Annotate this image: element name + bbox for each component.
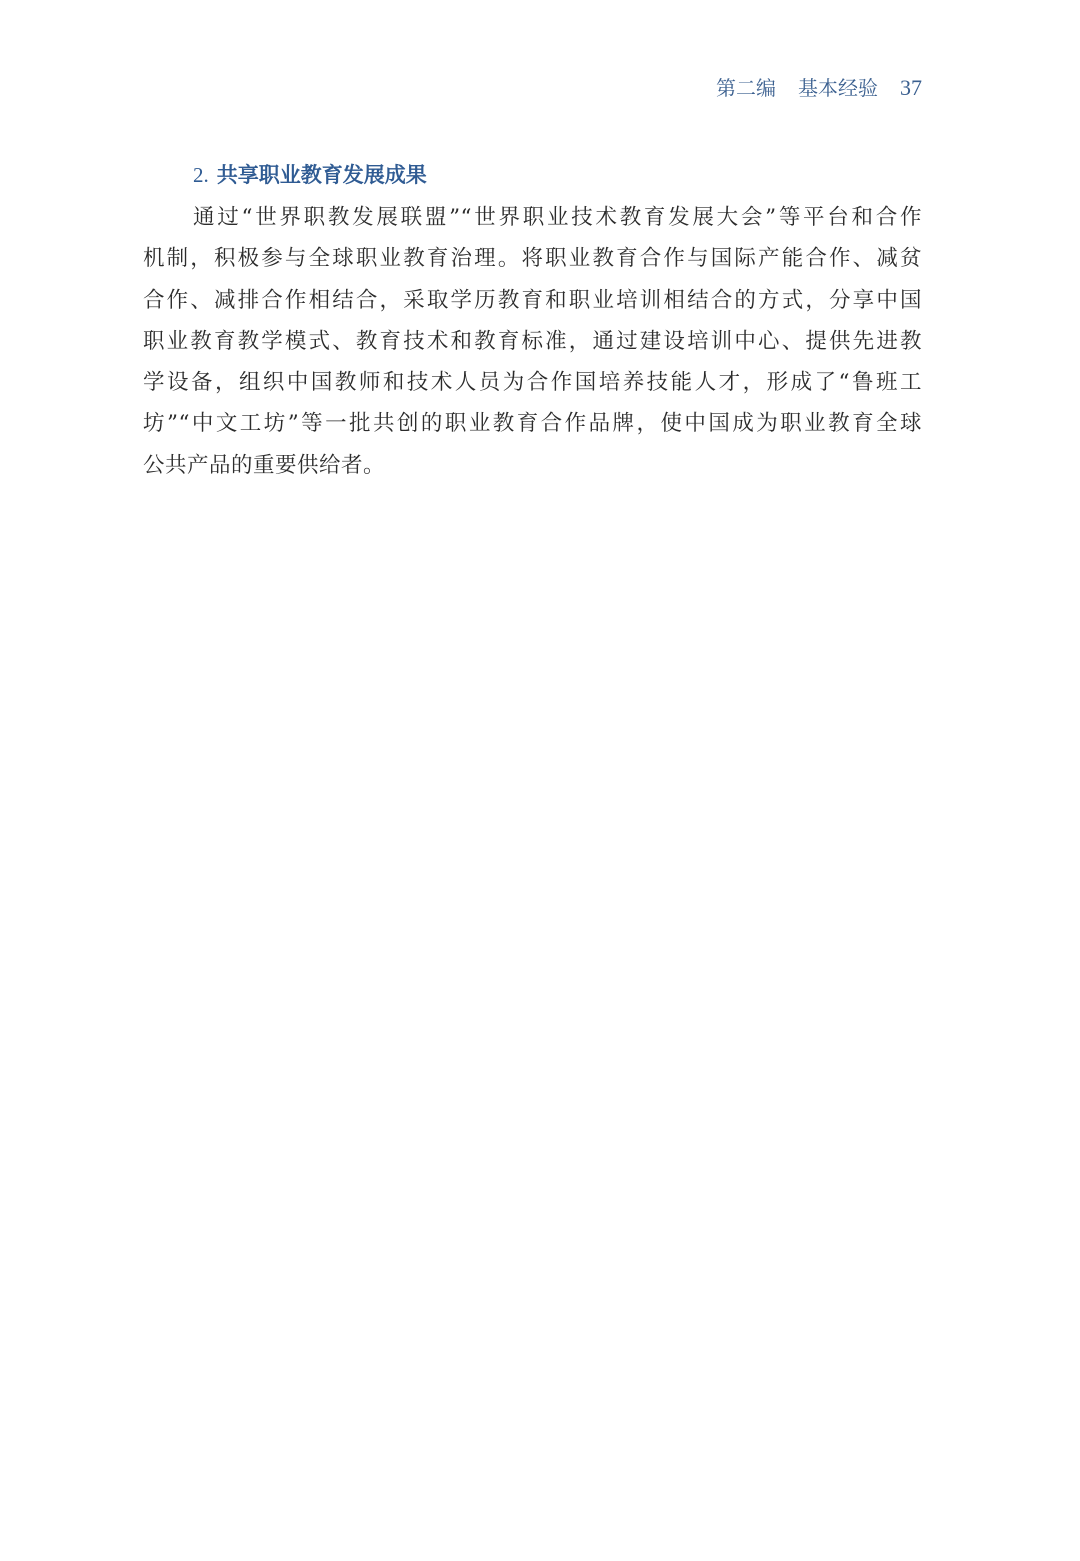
paragraph-line: 坊”“中文工坊”等一批共创的职业教育合作品牌，使中国成为职业教育全球 — [143, 403, 922, 444]
running-header: 第二编 基本经验 37 — [716, 72, 922, 101]
header-part-label: 第二编 — [716, 72, 776, 101]
paragraph-line: 通过“世界职教发展联盟”“世界职业技术教育发展大会”等平台和合作 — [143, 197, 922, 238]
section-heading: 2.共享职业教育发展成果 — [193, 160, 427, 190]
paragraph-line: 公共产品的重要供给者。 — [143, 445, 922, 486]
page-number: 37 — [900, 75, 922, 101]
section-number: 2. — [193, 163, 209, 187]
paragraph-line: 职业教育教学模式、教育技术和教育标准，通过建设培训中心、提供先进教 — [143, 321, 922, 362]
header-chapter-label: 基本经验 — [798, 72, 878, 101]
paragraph-line: 合作、减排合作相结合，采取学历教育和职业培训相结合的方式，分享中国 — [143, 280, 922, 321]
body-paragraph: 通过“世界职教发展联盟”“世界职业技术教育发展大会”等平台和合作 机制，积极参与… — [143, 197, 922, 486]
paragraph-line: 机制，积极参与全球职业教育治理。将职业教育合作与国际产能合作、减贫 — [143, 238, 922, 279]
section-title: 共享职业教育发展成果 — [217, 162, 427, 187]
paragraph-line: 学设备，组织中国教师和技术人员为合作国培养技能人才，形成了“鲁班工 — [143, 362, 922, 403]
